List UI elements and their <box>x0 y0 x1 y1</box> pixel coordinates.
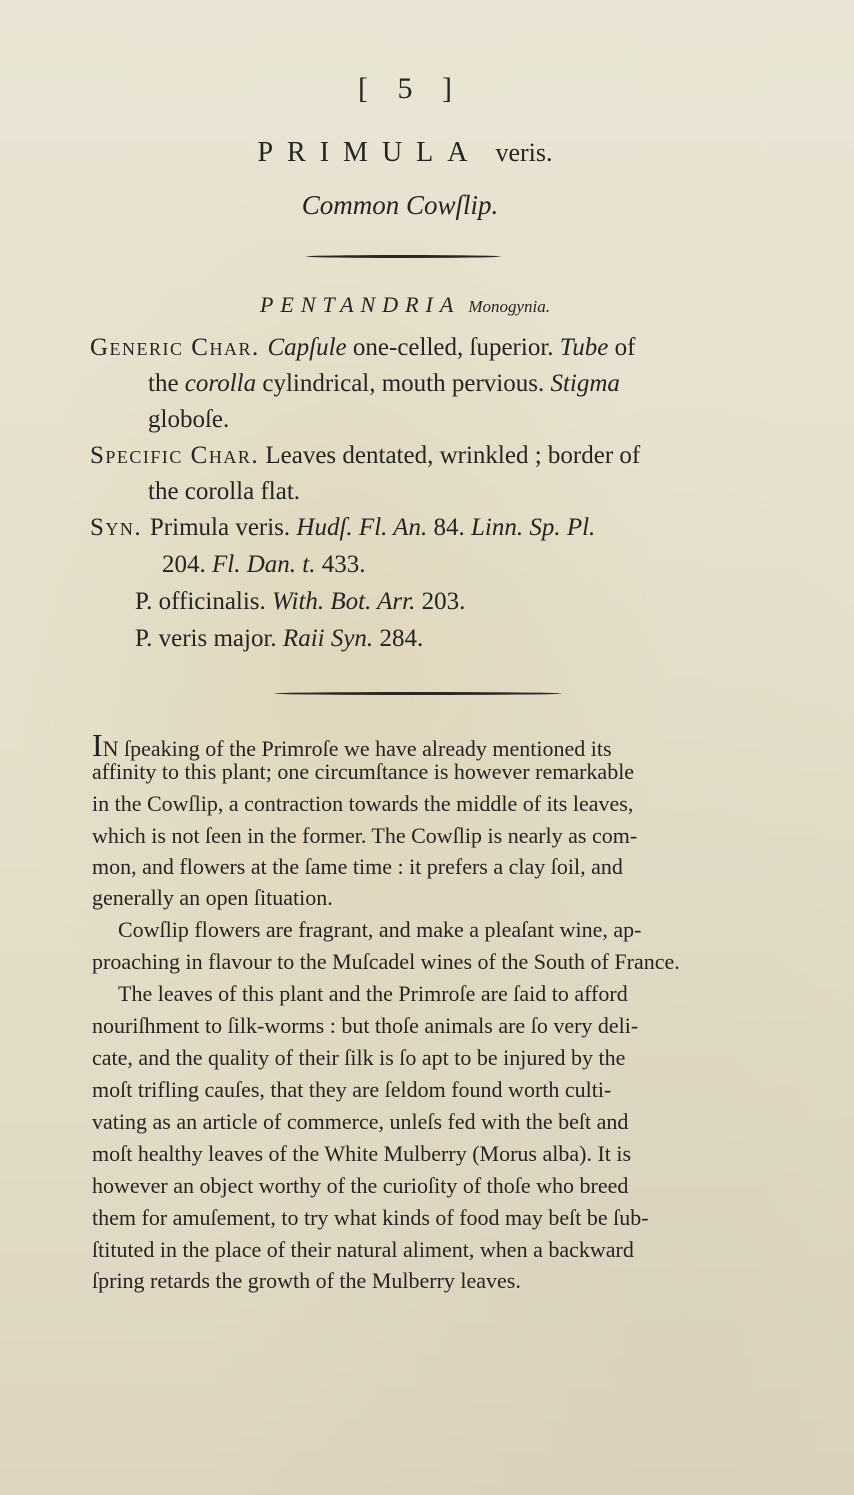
italic-run: Raii Syn. <box>283 625 373 652</box>
body-line: however an object worthy of the curioſit… <box>92 1173 732 1199</box>
text-run: 84. <box>427 514 471 541</box>
generic-char-line: the corolla cylindrical, mouth pervious.… <box>148 370 620 398</box>
common-name: Common Cowſlip. <box>0 190 800 221</box>
text-run: Primula veris. <box>150 514 297 541</box>
body-line: nouriſhment to ſilk-worms : but thoſe an… <box>92 1013 732 1039</box>
body-line-text: The leaves of this plant and the Primroſ… <box>118 981 628 1006</box>
body-line: ſtituted in the place of their natural a… <box>92 1237 732 1263</box>
body-line: cate, and the quality of their ſilk is ſ… <box>92 1045 732 1071</box>
italic-run: Hudſ. Fl. An. <box>296 514 427 541</box>
body-line-text: cate, and the quality of their ſilk is ſ… <box>92 1045 625 1070</box>
genus-name: PRIMULA <box>257 137 481 168</box>
text-run: P. veris major. <box>135 625 283 652</box>
body-line-text: which is not ſeen in the former. The Cow… <box>92 823 637 848</box>
body-line-text: N ſpeaking of the Primroſe we have alrea… <box>103 736 612 761</box>
text-run: one-celled, ſuperior. <box>347 334 560 361</box>
synonyms-label: Syn. <box>90 514 150 541</box>
linnaean-classification: PENTANDRIAMonogynia. <box>0 292 810 318</box>
text-run: 203. <box>415 588 465 615</box>
body-line: them for amuſement, to try what kinds of… <box>92 1205 732 1231</box>
page-title: PRIMULAveris. <box>0 137 810 169</box>
body-line: moſt healthy leaves of the White Mulberr… <box>92 1141 732 1167</box>
text-run: 284. <box>373 625 423 652</box>
synonym-line: Syn. Primula veris. Hudſ. Fl. An. 84. Li… <box>90 514 595 542</box>
ornamental-rule-middle <box>274 692 562 695</box>
body-line: vating as an article of commerce, unleſs… <box>92 1109 732 1135</box>
text-run: cylindrical, mouth pervious. <box>256 370 550 397</box>
text-run: 204. <box>162 551 212 578</box>
specific-char-line: Specific Char. Leaves dentated, wrinkled… <box>90 442 640 470</box>
body-line-text: ſtituted in the place of their natural a… <box>92 1237 634 1262</box>
generic-char-line: globoſe. <box>148 406 229 434</box>
body-line: mon, and flowers at the ſame time : it p… <box>92 854 732 880</box>
synonym-line: P. officinalis. With. Bot. Arr. 203. <box>135 588 465 616</box>
body-line: generally an open ſituation. <box>92 885 732 911</box>
body-line: which is not ſeen in the former. The Cow… <box>92 823 732 849</box>
body-line-text: affinity to this plant; one circumſtance… <box>92 759 634 784</box>
synonym-line: P. veris major. Raii Syn. 284. <box>135 625 423 653</box>
italic-run: corolla <box>185 370 256 397</box>
text-run: 433. <box>315 551 365 578</box>
specific-char-label: Specific Char. <box>90 442 259 469</box>
body-line-text: them for amuſement, to try what kinds of… <box>92 1205 649 1230</box>
text-run: Leaves dentated, wrinkled ; border of <box>259 442 640 469</box>
body-line: proaching in flavour to the Muſcadel win… <box>92 949 732 975</box>
body-line-text: Cowſlip flowers are fragrant, and make a… <box>118 917 642 942</box>
italic-run: Linn. Sp. Pl. <box>471 514 595 541</box>
ornamental-rule-top <box>306 255 501 258</box>
italic-run: Stigma <box>550 370 619 397</box>
generic-char-label: Generic Char. <box>90 334 267 361</box>
body-line-text: generally an open ſituation. <box>92 885 333 910</box>
italic-run: Fl. Dan. t. <box>212 551 315 578</box>
body-line: The leaves of this plant and the Primroſ… <box>118 981 758 1007</box>
body-line-text: vating as an article of commerce, unleſs… <box>92 1109 628 1134</box>
page-number: [ 5 ] <box>0 72 810 106</box>
text-run: the corolla flat. <box>148 478 300 505</box>
book-page: [ 5 ] PRIMULAveris. Common Cowſlip. PENT… <box>0 0 854 1495</box>
body-line: affinity to this plant; one circumſtance… <box>92 759 732 785</box>
text-run: the <box>148 370 185 397</box>
text-run: globoſe. <box>148 406 229 433</box>
drop-cap: I <box>92 727 103 763</box>
body-line-text: proaching in flavour to the Muſcadel win… <box>92 949 680 974</box>
body-line: ſpring retards the growth of the Mulberr… <box>92 1268 732 1294</box>
body-line: in the Cowſlip, a contraction towards th… <box>92 791 732 817</box>
italic-run: With. Bot. Arr. <box>272 588 415 615</box>
body-line: moſt trifling cauſes, that they are ſeld… <box>92 1077 732 1103</box>
body-line-text: however an object worthy of the curioſit… <box>92 1173 628 1198</box>
specific-char-line: the corolla flat. <box>148 478 300 506</box>
body-line: Cowſlip flowers are fragrant, and make a… <box>118 917 758 943</box>
order-name: Monogynia. <box>468 297 550 316</box>
italic-run: Tube <box>560 334 609 361</box>
body-line-text: moſt healthy leaves of the White Mulberr… <box>92 1141 631 1166</box>
class-name: PENTANDRIA <box>260 292 460 317</box>
text-run: of <box>608 334 635 361</box>
synonym-line: 204. Fl. Dan. t. 433. <box>162 551 365 579</box>
body-line-text: ſpring retards the growth of the Mulberr… <box>92 1268 521 1293</box>
body-line-text: mon, and flowers at the ſame time : it p… <box>92 854 623 879</box>
body-line-text: in the Cowſlip, a contraction towards th… <box>92 791 633 816</box>
body-line-text: moſt trifling cauſes, that they are ſeld… <box>92 1077 611 1102</box>
body-line-text: nouriſhment to ſilk-worms : but thoſe an… <box>92 1013 638 1038</box>
italic-run: Capſule <box>267 334 346 361</box>
species-name: veris. <box>495 138 552 167</box>
text-run: P. officinalis. <box>135 588 272 615</box>
generic-char-line: Generic Char. Capſule one-celled, ſuperi… <box>90 334 635 362</box>
